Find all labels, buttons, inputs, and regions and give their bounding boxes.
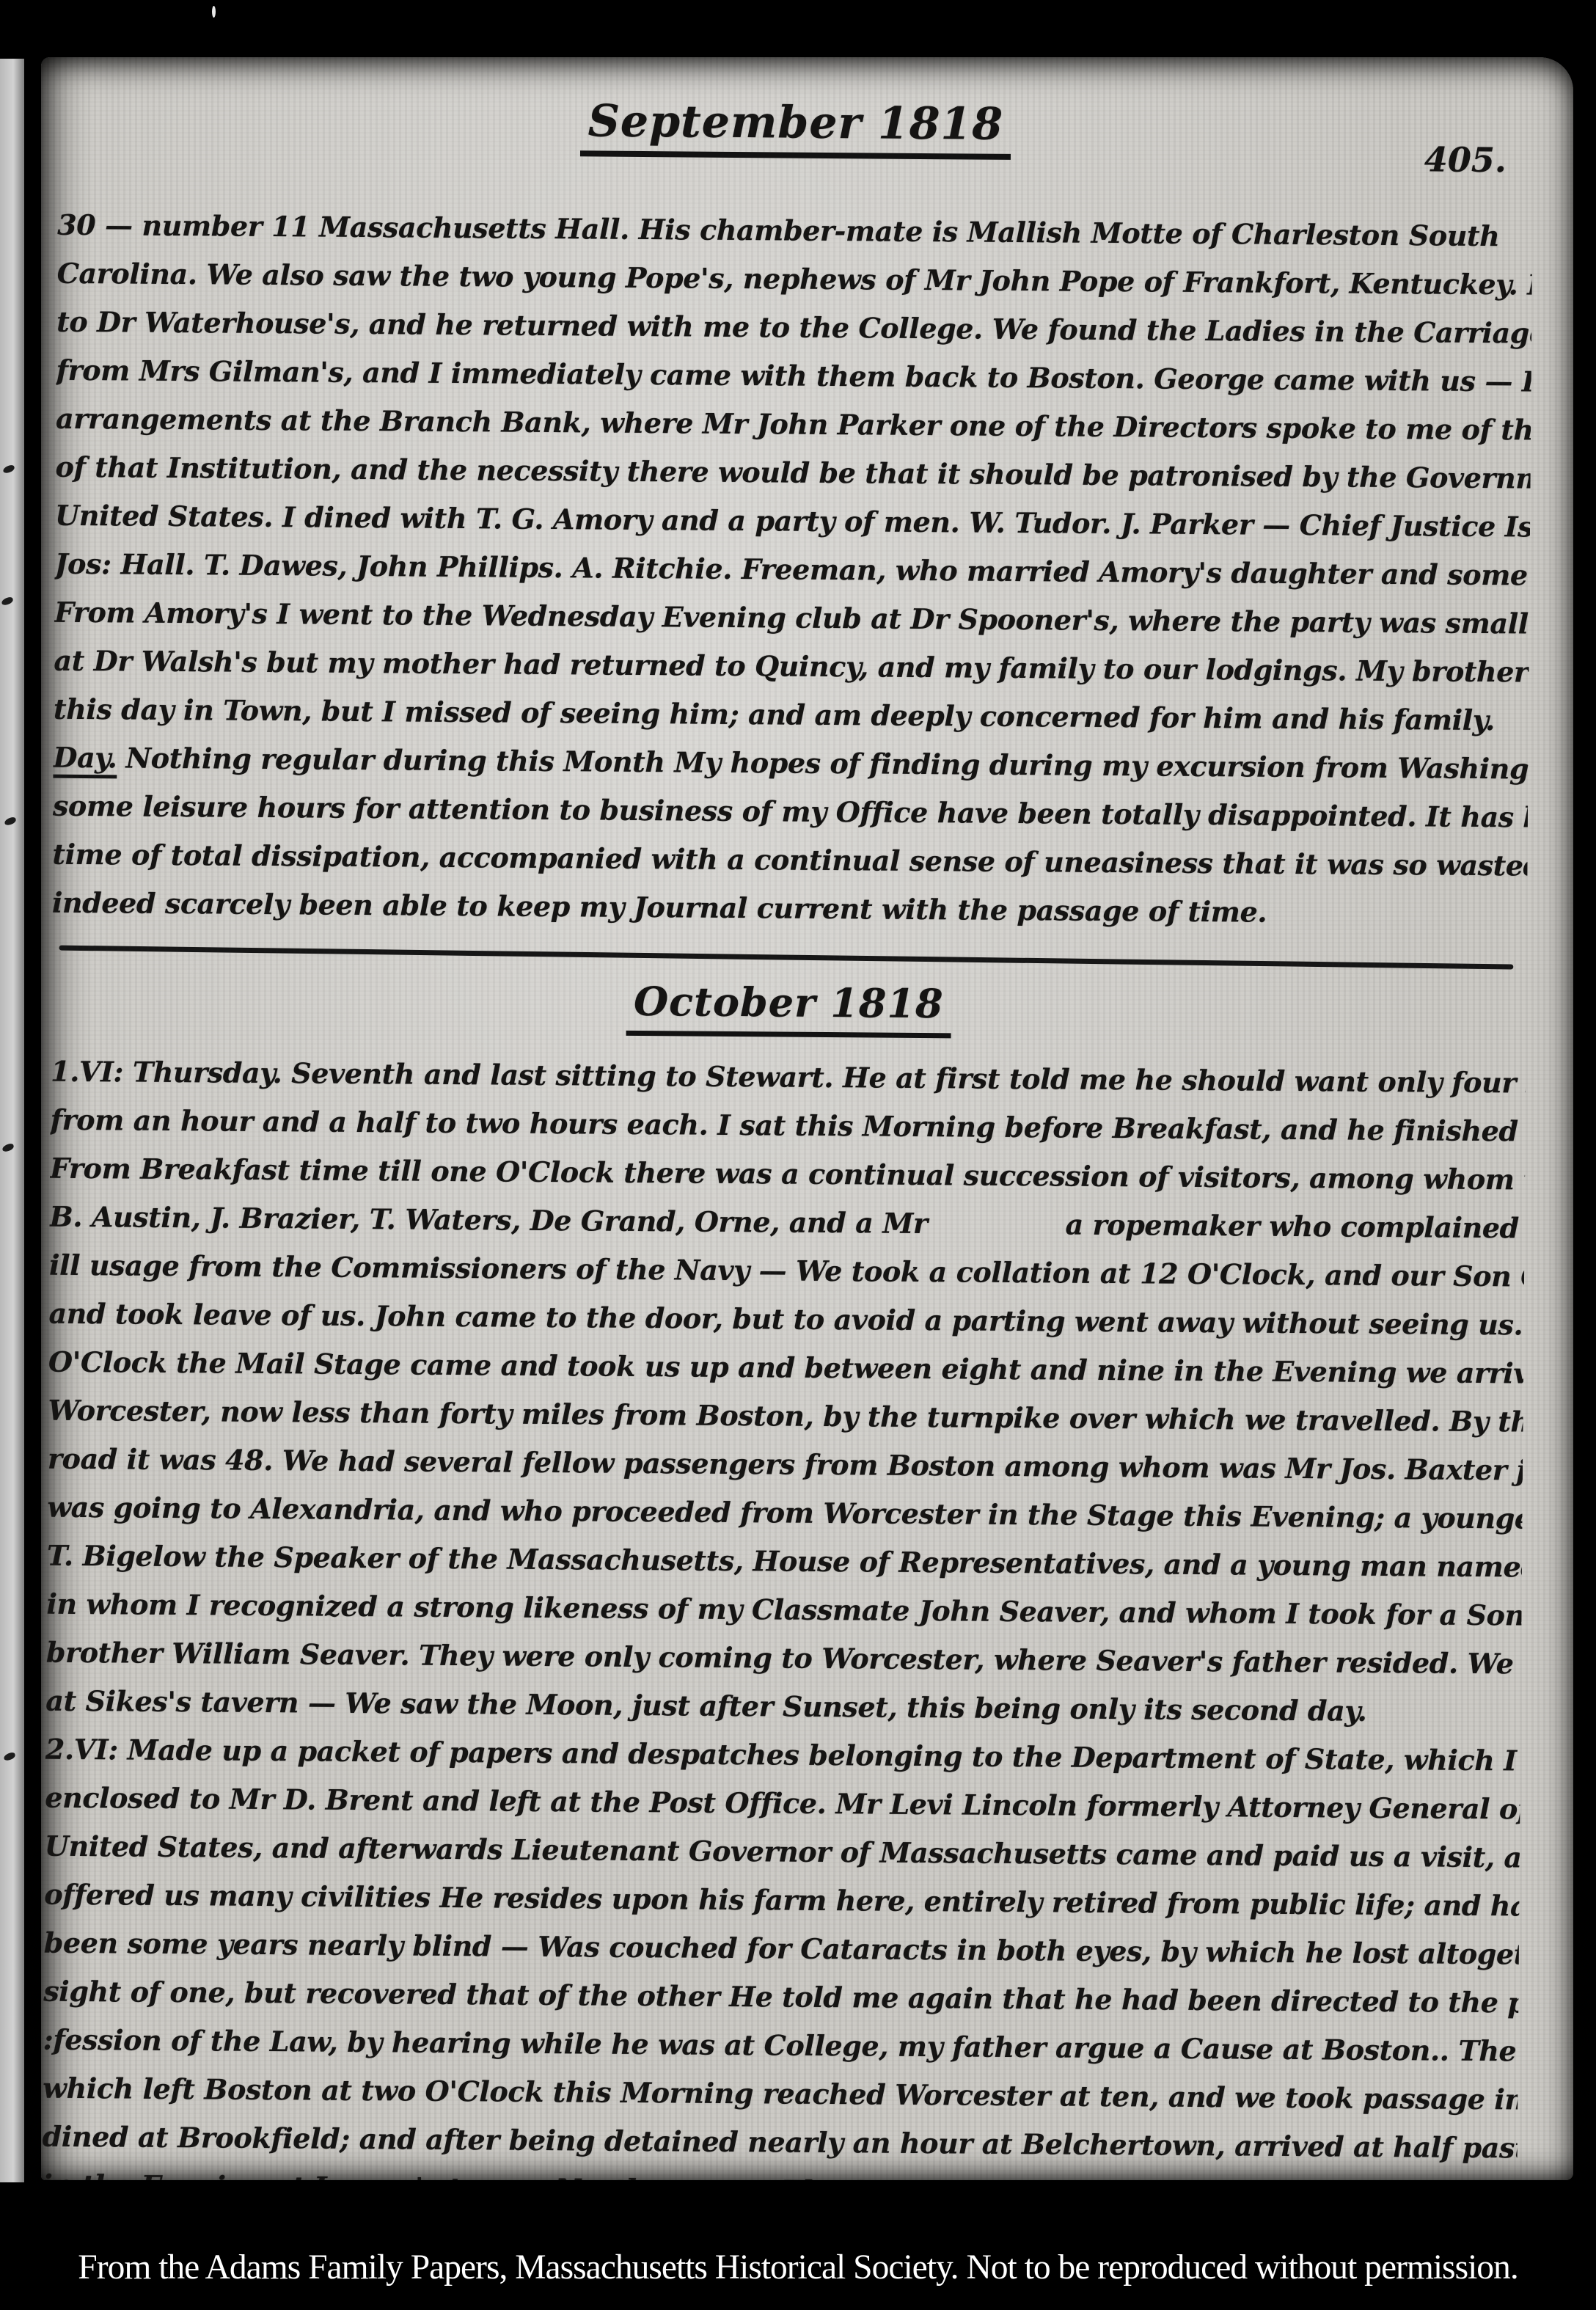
ink-mark — [2, 464, 15, 475]
section-divider-rule — [59, 946, 1513, 970]
ink-mark — [1, 596, 14, 607]
credit-caption: From the Adams Family Papers, Massachuse… — [8, 2246, 1588, 2289]
ink-mark — [4, 816, 17, 827]
scanned-diary-photo: September 1818 405. 30 — number 11 Massa… — [0, 0, 1596, 2310]
manuscript-page-content: September 1818 405. 30 — number 11 Massa… — [41, 57, 1573, 2180]
september-entries: 30 — number 11 Massachusetts Hall. His c… — [52, 201, 1533, 939]
october-1818-heading: October 1818 — [626, 975, 951, 1038]
september-1818-heading: September 1818 — [580, 95, 1011, 160]
october-header-row: October 1818 — [51, 971, 1527, 1043]
page-number: 405. — [1424, 139, 1507, 180]
manuscript-page: September 1818 405. 30 — number 11 Massa… — [41, 57, 1573, 2180]
adjacent-page-sliver — [0, 59, 24, 2182]
scan-artifact-speck — [212, 6, 216, 18]
october-entries: 1.VI: Thursday. Seventh and last sitting… — [41, 1048, 1526, 2180]
september-header-row: September 1818 405. — [58, 91, 1534, 197]
ink-mark — [1, 1143, 15, 1153]
underlined-entry-label: Day. — [53, 741, 117, 779]
ink-mark — [3, 1752, 16, 1762]
